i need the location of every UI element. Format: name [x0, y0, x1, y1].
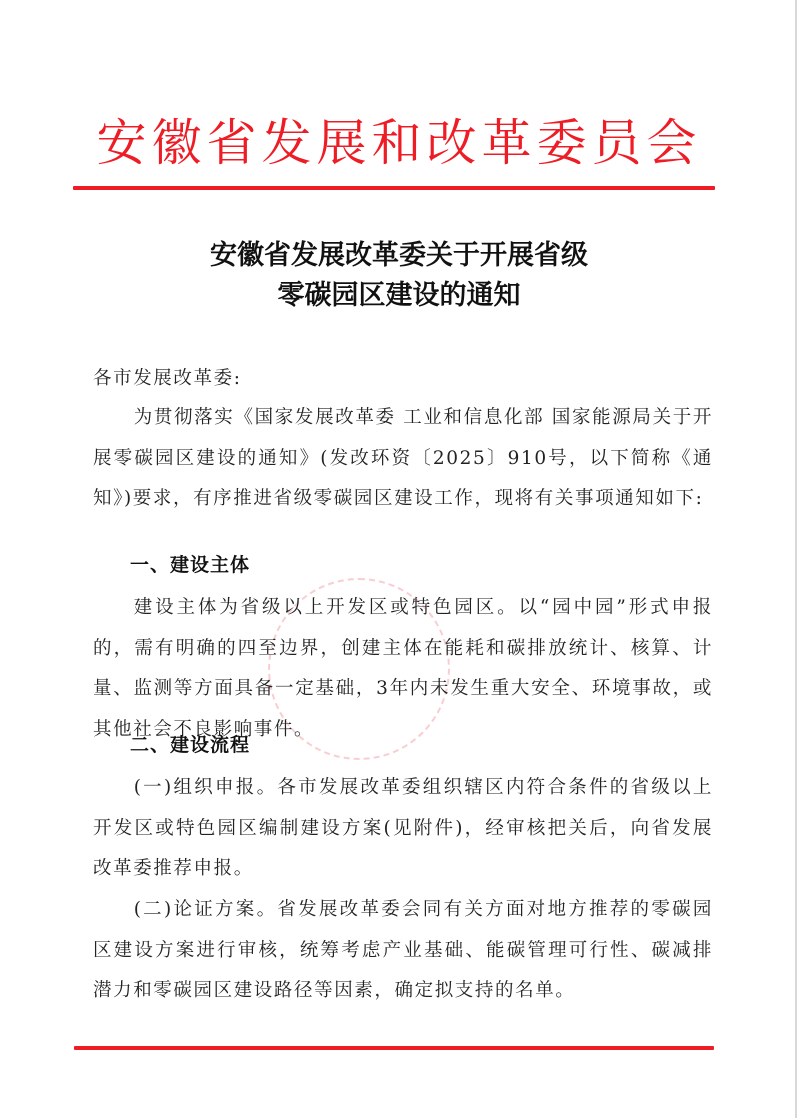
document-page: 安徽省发展和改革委员会 安徽省发展改革委关于开展省级 零碳园区建设的通知 各市发… — [0, 0, 798, 1118]
letterhead-red-rule — [73, 186, 715, 190]
intro-paragraph: 为贯彻落实《国家发展改革委 工业和信息化部 国家能源局关于开展零碳园区建设的通知… — [93, 398, 713, 520]
section-1-paragraph: 建设主体为省级以上开发区或特色园区。以“园中园”形式申报的，需有明确的四至边界，… — [93, 588, 713, 750]
document-title-line-1: 安徽省发展改革委关于开展省级 — [0, 236, 798, 276]
salutation: 各市发展改革委: — [93, 359, 713, 400]
document-title-line-2: 零碳园区建设的通知 — [0, 276, 798, 316]
section-heading-construction-entity: 一、建设主体 — [130, 550, 250, 580]
section-heading-construction-process: 二、建设流程 — [130, 730, 250, 760]
section-2-paragraph-2: (二)论证方案。省发展改革委会同有关方面对地方推荐的零碳园区建设方案进行审核，统… — [93, 890, 713, 1012]
document-title: 安徽省发展改革委关于开展省级 零碳园区建设的通知 — [0, 236, 798, 316]
letterhead-org-name: 安徽省发展和改革委员会 — [0, 112, 798, 174]
footer-red-rule — [74, 1046, 714, 1050]
section-2-paragraph-1: (一)组织申报。各市发展改革委组织辖区内符合条件的省级以上开发区或特色园区编制建… — [93, 768, 713, 890]
page-edge-divider — [795, 0, 797, 1118]
